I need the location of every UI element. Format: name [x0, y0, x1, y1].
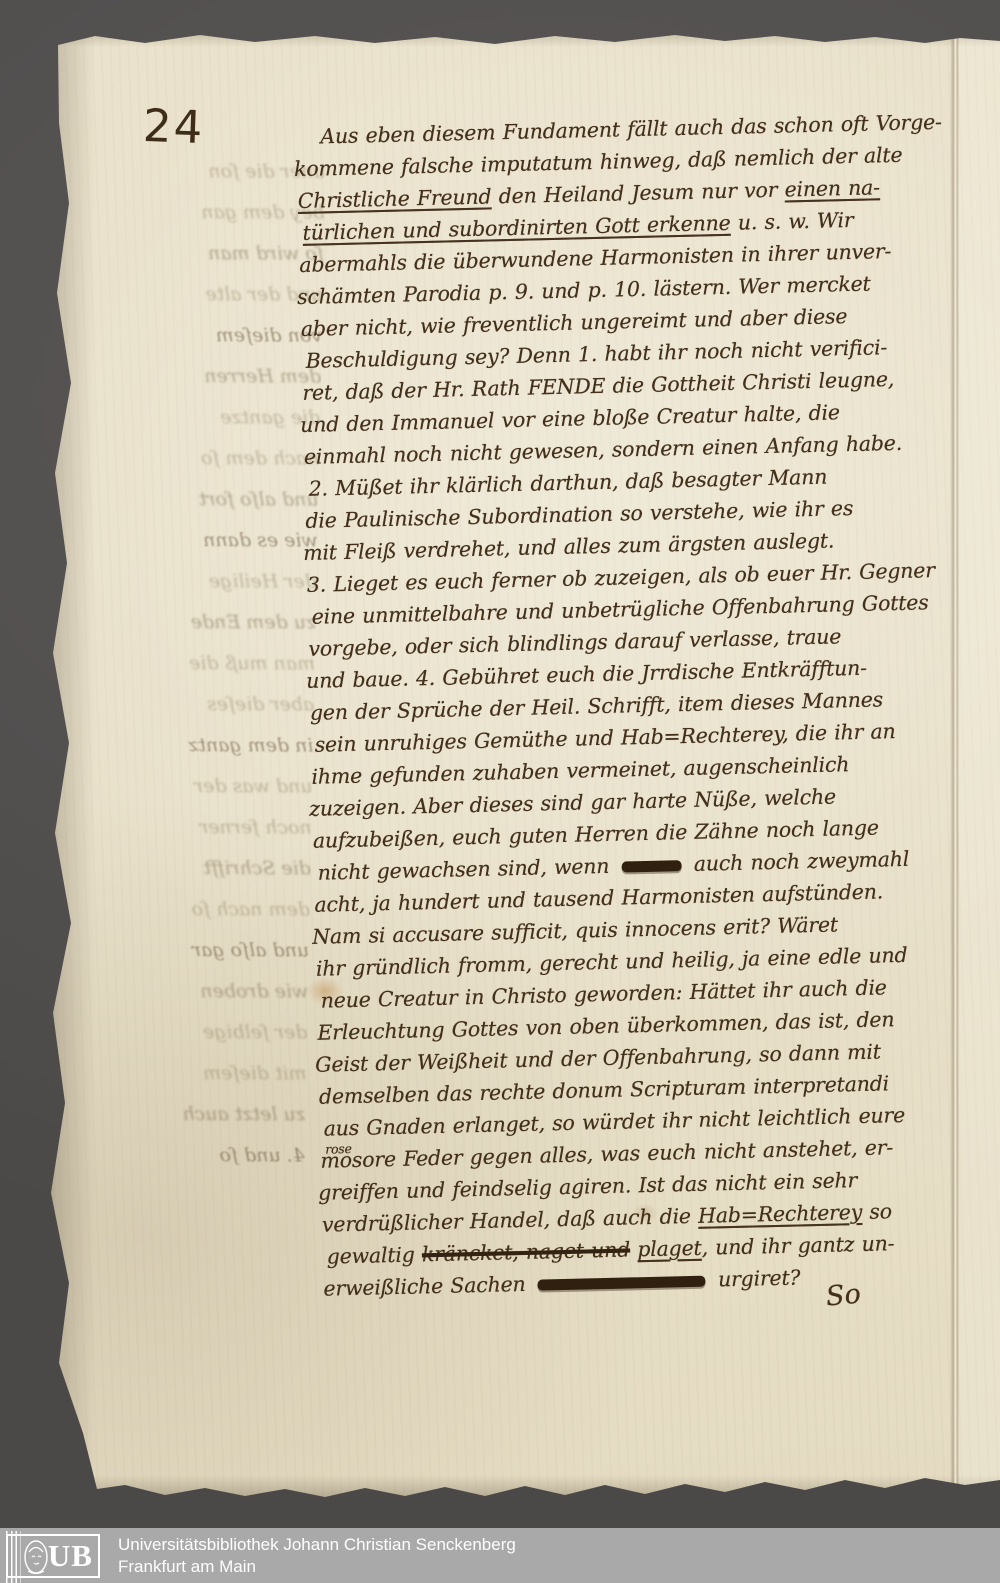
folio-number: 24 — [142, 99, 205, 154]
manuscript-segment: Christliche Freund — [298, 184, 492, 213]
bleedthrough-line: der Heilige — [81, 561, 317, 603]
bleedthrough-line: dem nach ſo — [74, 889, 310, 931]
manuscript-segment: kräncket, naget und — [422, 1237, 631, 1266]
footer-institution: Universitätsbibliothek Johann Christian … — [118, 1534, 516, 1556]
bleedthrough-line: zu dem Ende — [64, 602, 316, 644]
manuscript-lines: Aus eben diesem Fundament fällt auch das… — [296, 106, 972, 1305]
manuscript-segment: gewaltig — [326, 1242, 422, 1268]
bleedthrough-line: bey dem gan — [73, 192, 325, 234]
bleedthrough-line: und der alte — [71, 274, 323, 316]
catchword: So — [825, 1279, 862, 1313]
manuscript-segment: , und ihr gantz un- — [701, 1231, 894, 1260]
manuscript-segment: erweißliche Sachen — [323, 1272, 533, 1301]
manuscript-segment: urgiret? — [710, 1265, 800, 1291]
bleedthrough-line: die Schrifft — [59, 848, 311, 890]
manuscript-segment: auch noch zweymahl — [686, 847, 909, 876]
library-logo: UB — [6, 1534, 100, 1578]
bleedthrough-line: noch ferner — [76, 807, 312, 849]
bottom-edge-shadow — [25, 1475, 1000, 1497]
bleedthrough-line: zu letzt auch — [54, 1093, 306, 1135]
manuscript-segment: u. s. w. Wir — [730, 208, 853, 235]
scan-viewport: uner die ſonbey dem ganſo wird manund de… — [0, 0, 1000, 1583]
bleedthrough-line: von dieſem — [86, 315, 322, 357]
bleedthrough-line: nach dem ſo — [67, 438, 319, 480]
bleedthrough-line: und was der — [61, 766, 313, 808]
manuscript-segment: so — [862, 1199, 892, 1224]
manuscript-segment: den Heiland Jesum nur vor — [491, 178, 785, 209]
manuscript-segment: einen na- — [784, 175, 880, 201]
manuscript-segment: verdrüßlicher Handel, daß auch die — [322, 1204, 699, 1237]
bleedthrough-line: ſo wird man — [88, 233, 324, 275]
top-edge-shadow — [25, 33, 1000, 47]
bleedthrough-line: dem Herren — [69, 356, 321, 398]
manuscript-segment: nicht gewachsen sind, wenn — [317, 854, 616, 885]
bleedthrough-line: uner die ſon — [89, 151, 325, 193]
footer-bar: UB Universitätsbibliothek Johann Christi… — [0, 1528, 1000, 1583]
manuscript-segment: plaget — [637, 1236, 702, 1262]
bleedthrough-line: aber dieſes — [62, 684, 314, 726]
bleedthrough-line: 4. und ſo — [69, 1135, 305, 1177]
bleedthrough-line: und alſo fort — [83, 479, 319, 521]
ink-blot-strikeout — [538, 1276, 706, 1291]
senckenberg-portrait-icon — [22, 1538, 50, 1578]
bleedthrough-line: wie es dann — [66, 520, 318, 562]
manuscript-segment: Hab=Rechterey — [698, 1200, 862, 1228]
bleedthrough-line: und alſo gar — [57, 929, 309, 971]
footer-location: Frankfurt am Main — [118, 1556, 516, 1578]
ub-logo-text: UB — [48, 1540, 93, 1571]
bleedthrough-line: wie droben — [72, 971, 308, 1013]
bleedthrough-line: in dem gantz — [77, 725, 313, 767]
footer-text: Universitätsbibliothek Johann Christian … — [118, 1534, 516, 1577]
book-spines-icon — [6, 1531, 21, 1583]
bleedthrough-line: die gantze — [84, 397, 320, 439]
bleedthrough-line: man muß die — [79, 643, 315, 685]
ink-blot-strikeout — [621, 860, 681, 872]
verso-bleedthrough: uner die ſonbey dem ganſo wird manund de… — [52, 148, 326, 1193]
bleedthrough-line: der ſelbige — [55, 1011, 307, 1053]
bleedthrough-line: mit dieſem — [70, 1053, 306, 1095]
